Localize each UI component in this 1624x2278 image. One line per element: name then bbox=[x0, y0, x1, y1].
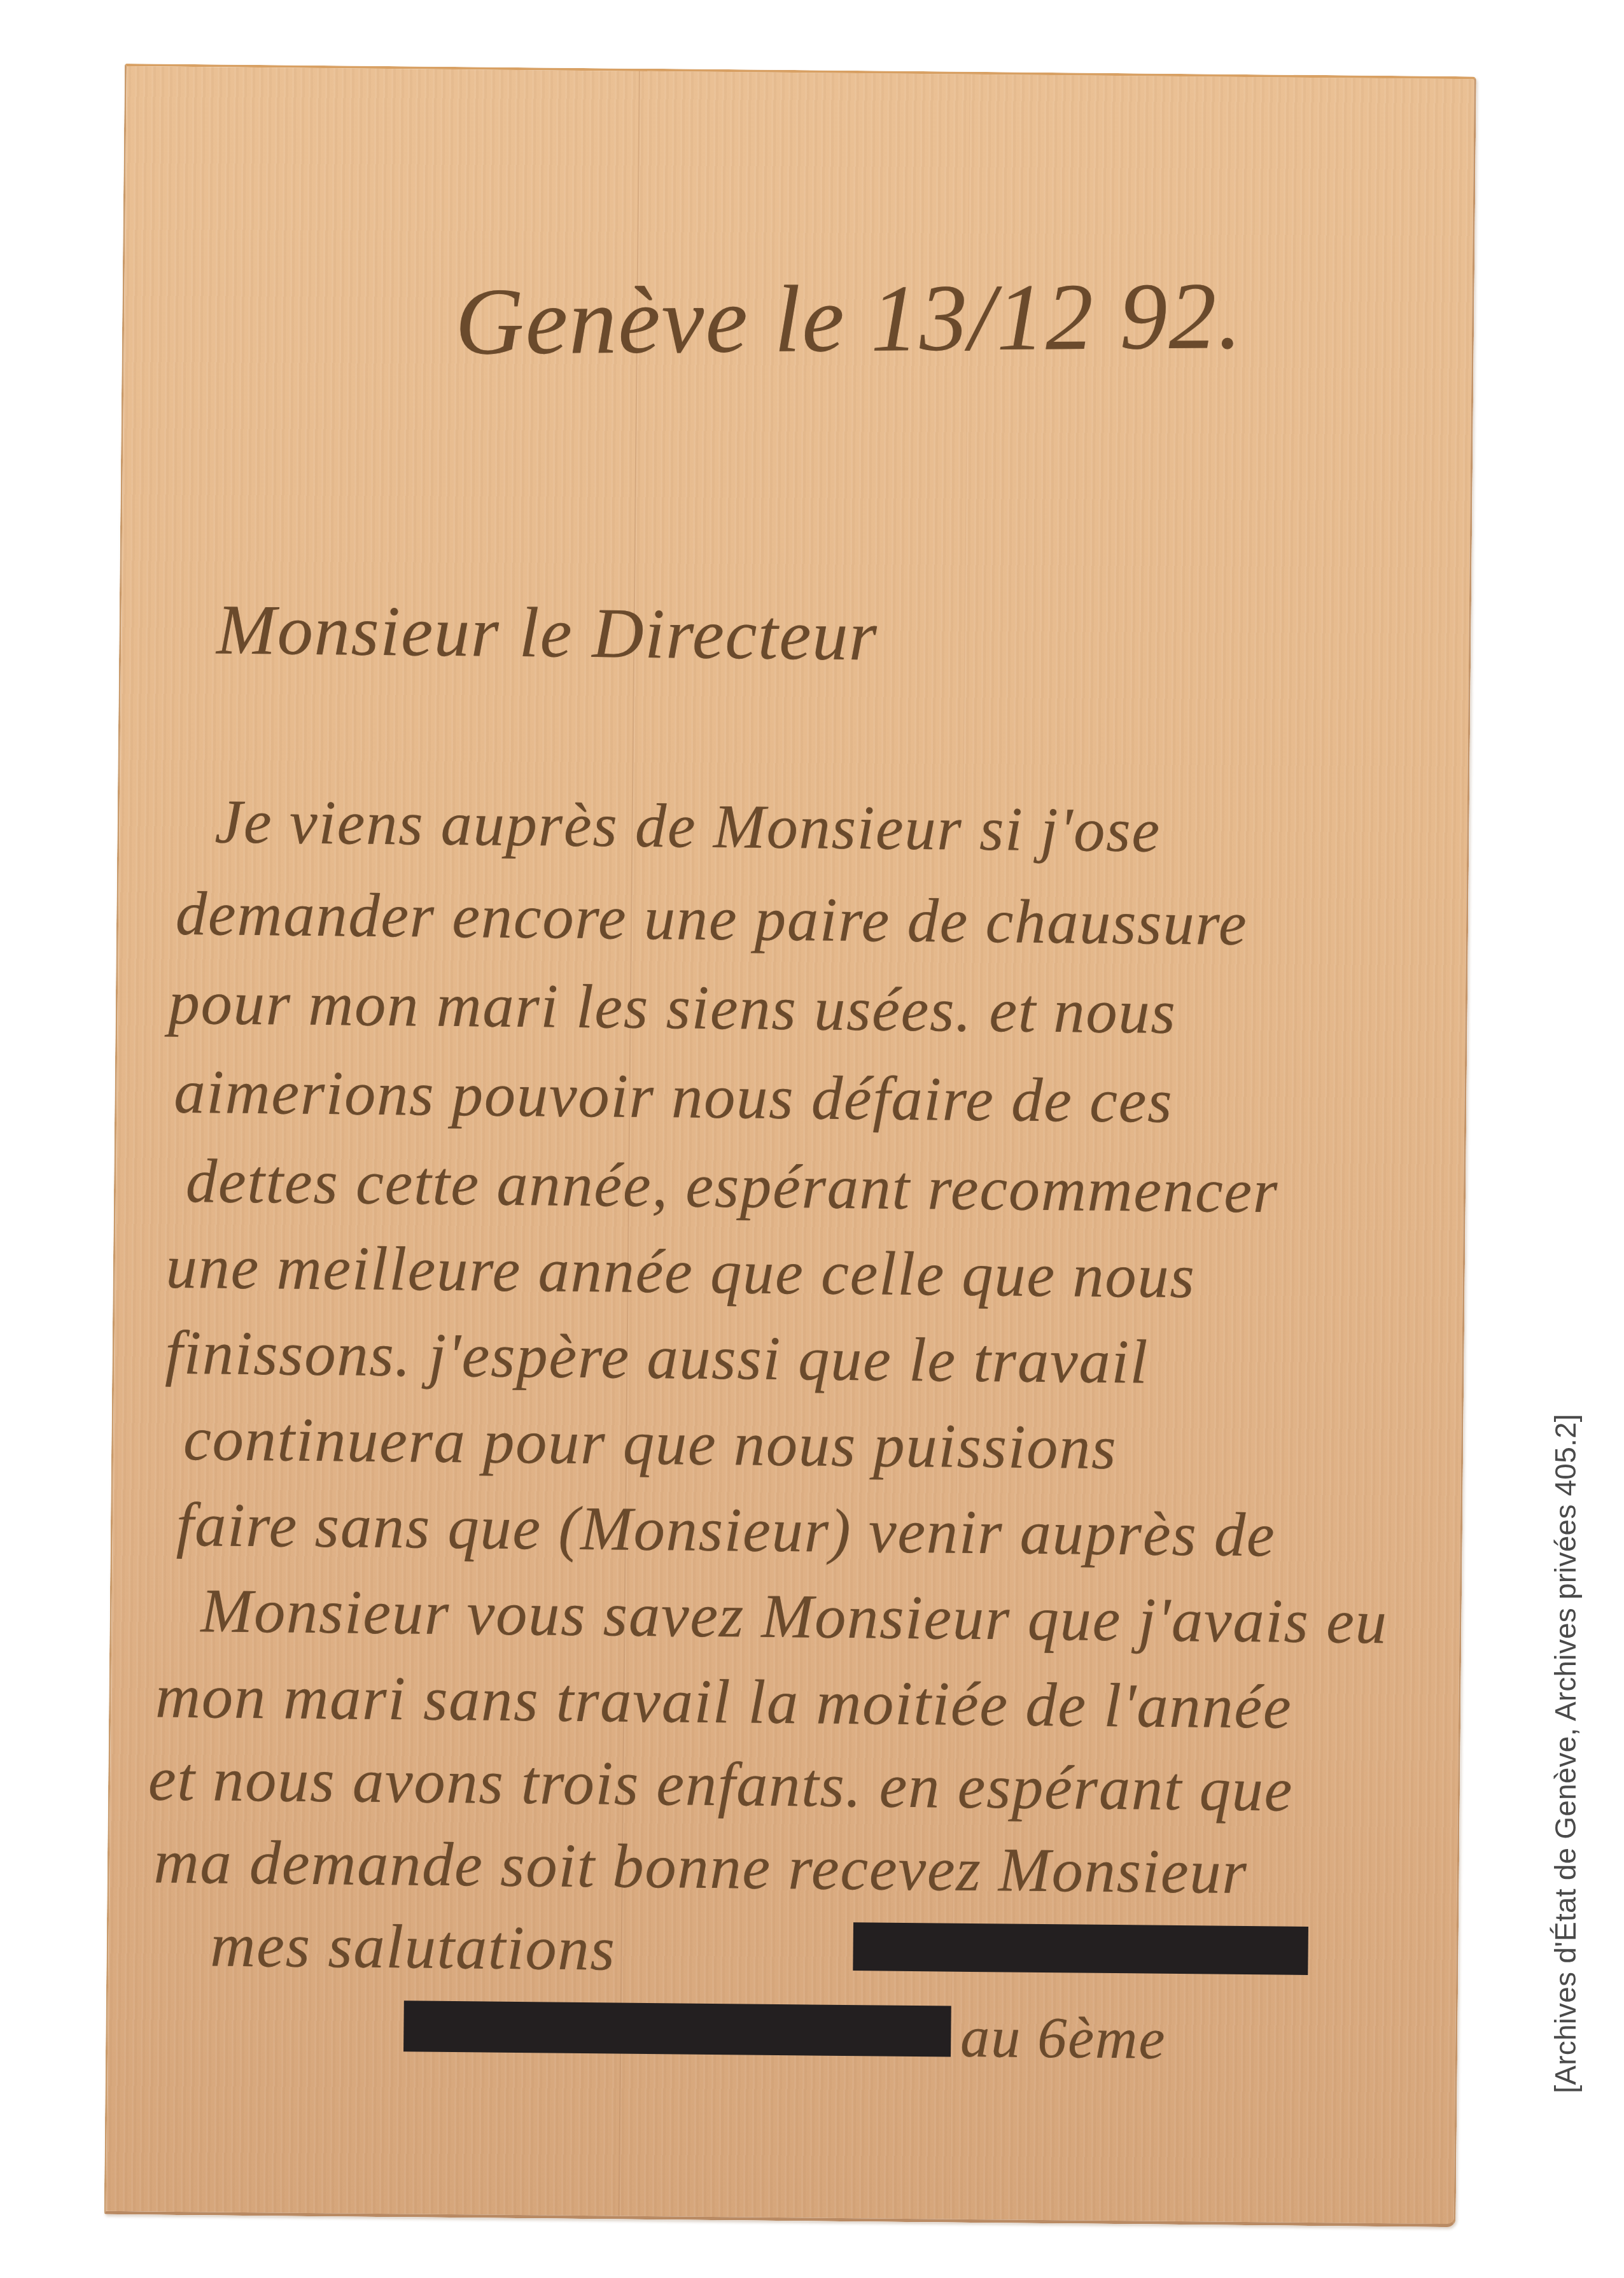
letter-line: dettes cette année, espérant recommencer bbox=[186, 1146, 1279, 1227]
letter-line: mes salutations bbox=[210, 1909, 616, 1985]
letter-line: Je viens auprès de Monsieur si j'ose bbox=[214, 786, 1161, 866]
letter-line: une meilleure année que celle que nous bbox=[165, 1232, 1196, 1313]
letter-salutation: Monsieur le Directeur bbox=[216, 589, 879, 677]
letter-closing-address: au 6ème bbox=[960, 2003, 1166, 2072]
letter-line: Monsieur vous savez Monsieur que j'avais… bbox=[200, 1575, 1388, 1658]
letter-paper: Genève le 13/12 92. Monsieur le Directeu… bbox=[104, 64, 1476, 2227]
letter-line: continuera pour que nous puissions bbox=[183, 1403, 1117, 1484]
letter-line: pour mon mari les siens usées. et nous bbox=[168, 967, 1177, 1048]
letter-line: mon mari sans travail la moitiée de l'an… bbox=[155, 1661, 1292, 1743]
letter-line: ma demande soit bonne recevez Monsieur bbox=[153, 1827, 1248, 1908]
letter-line: finissons. j'espère aussi que le travail bbox=[165, 1318, 1149, 1398]
letter-date: Genève le 13/12 92. bbox=[455, 261, 1243, 377]
letter-line: et nous avons trois enfants. en espérant… bbox=[148, 1743, 1294, 1825]
redaction-bar-address bbox=[403, 2000, 951, 2057]
redaction-bar-signature bbox=[853, 1922, 1308, 1975]
letter-line: faire sans que (Monsieur) venir auprès d… bbox=[176, 1489, 1276, 1571]
letter-line: aimerions pouvoir nous défaire de ces bbox=[174, 1057, 1173, 1137]
archive-source-caption: [Archives d'État de Genève, Archives pri… bbox=[1548, 1414, 1583, 2093]
letter-line: demander encore une paire de chaussure bbox=[176, 878, 1248, 960]
